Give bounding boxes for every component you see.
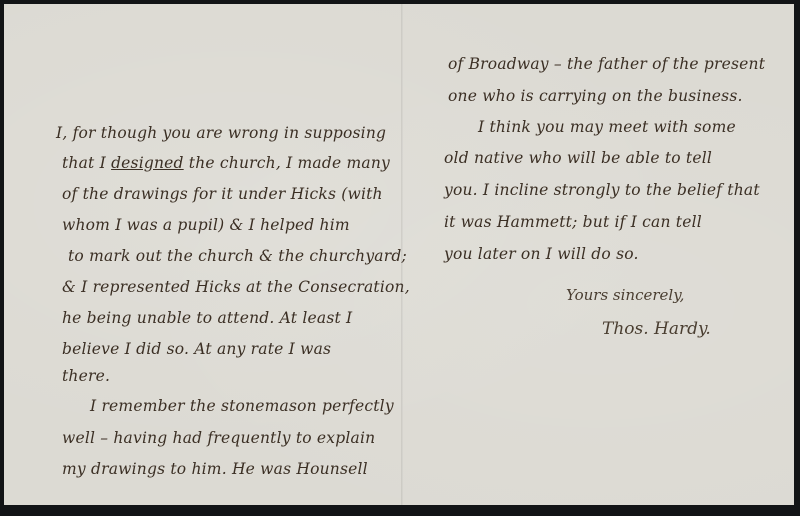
letter-line: there. xyxy=(62,367,110,385)
letter-line: old native who will be able to tell xyxy=(444,149,712,167)
letter-line: of the drawings for it under Hicks (with xyxy=(62,185,383,203)
closing-salutation: Yours sincerely, xyxy=(566,286,684,304)
letter-line: I think you may meet with some xyxy=(478,118,736,136)
signature: Thos. Hardy. xyxy=(602,319,711,339)
letter-line: & I represented Hicks at the Consecratio… xyxy=(62,278,410,296)
line-part: the church, I made many xyxy=(184,154,390,172)
letter-line: I, for though you are wrong in supposing xyxy=(56,124,386,142)
letter-line: one who is carrying on the business. xyxy=(448,87,743,105)
letter-line: to mark out the church & the churchyard; xyxy=(68,247,407,265)
letter-line: believe I did so. At any rate I was xyxy=(62,340,331,358)
letter-line: you. I incline strongly to the belief th… xyxy=(444,181,760,199)
letter-line: it was Hammett; but if I can tell xyxy=(444,213,702,231)
letter-line: he being unable to attend. At least I xyxy=(62,309,352,327)
letter-line: whom I was a pupil) & I helped him xyxy=(62,216,350,234)
underlined-word: designed xyxy=(111,154,184,172)
left-page: I, for though you are wrong in supposing… xyxy=(4,4,402,505)
line-part: that I xyxy=(62,154,111,172)
letter-line: my drawings to him. He was Hounsell xyxy=(62,460,368,478)
letter-line: that I designed the church, I made many xyxy=(62,154,390,172)
letter-line: you later on I will do so. xyxy=(444,245,639,263)
letter-sheet: I, for though you are wrong in supposing… xyxy=(4,4,794,505)
letter-line: well – having had frequently to explain xyxy=(62,429,375,447)
right-page: of Broadway – the father of the present … xyxy=(402,4,794,505)
letter-line: I remember the stonemason perfectly xyxy=(90,397,394,415)
letter-line: of Broadway – the father of the present xyxy=(448,55,765,73)
